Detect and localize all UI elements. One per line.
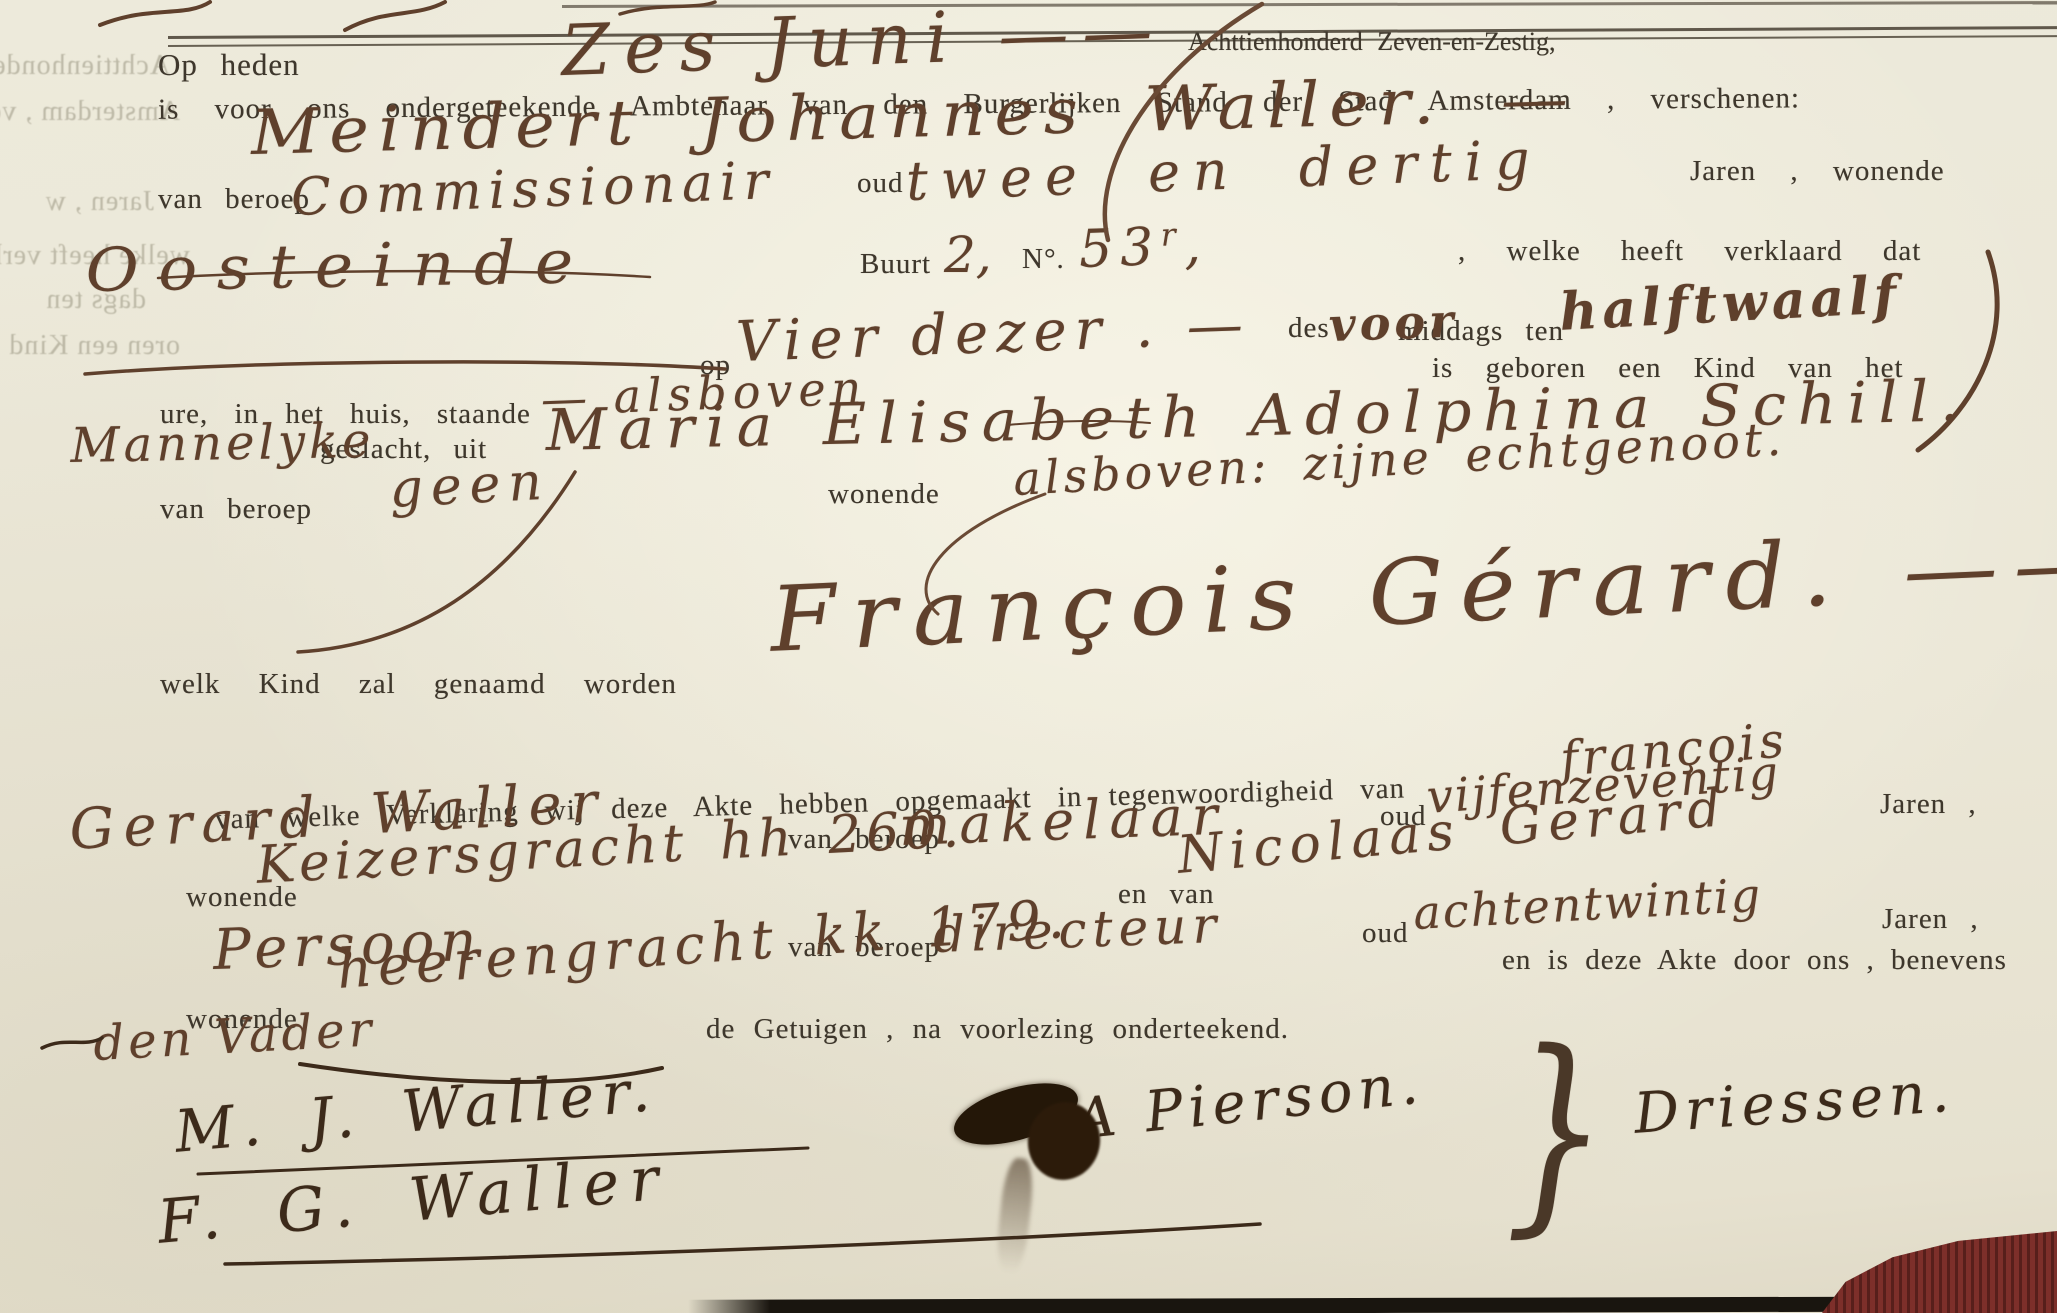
flourish-stroke (620, 2, 715, 14)
father-note-flourish (300, 1064, 662, 1082)
flourish-geen-descender (298, 472, 575, 652)
birth-record-scan: Achttienhonderd Zeven-en Amsterdam , ver… (0, 0, 2057, 1313)
oosteinde-underline (85, 362, 725, 374)
signature-underline-2 (225, 1224, 1260, 1264)
father-note-tilde (42, 1038, 102, 1048)
flourish-stroke (100, 2, 210, 25)
flourish-paren (926, 494, 1045, 614)
flourish-stroke (345, 2, 445, 30)
mother-name-strike (1008, 421, 1150, 425)
flourish-time-tail (1918, 252, 1997, 450)
signature-underline-1 (198, 1148, 808, 1174)
oosteinde-strike (158, 271, 650, 278)
ink-flourishes (0, 0, 2057, 1313)
flourish-paraph-curve (1105, 4, 1262, 240)
